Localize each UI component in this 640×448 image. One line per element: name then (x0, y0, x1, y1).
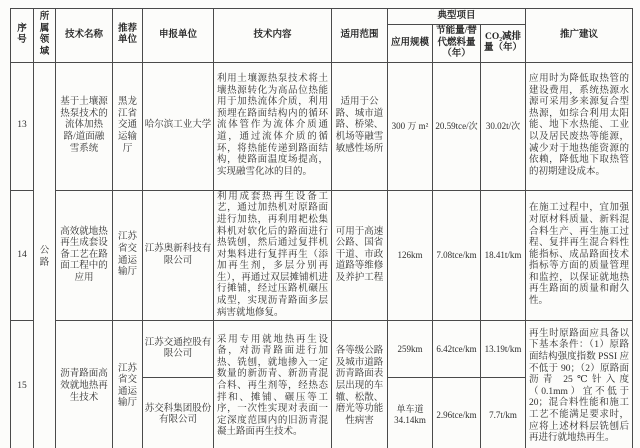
cell-suggestion-15: 再生时原路面应具备以下基本条件：（1）原路面结构强度指数 PSSI 应不低于 9… (526, 321, 633, 448)
header-recommender: 推荐单位 (113, 9, 143, 63)
cell-scope-13: 适用于公路、城市道路、桥梁、机场等融雪敏感性场所 (332, 62, 388, 190)
cell-scale-14: 126km (388, 190, 433, 321)
table-row-13: 13 公路 基于土壤源热泵技术的流体加热路/道面融雪系统 黑龙江省交通运输厅 哈… (11, 62, 633, 190)
header-co2-reduction: CO₂减排量（年） (481, 25, 526, 63)
cell-recommender-14: 江苏省交通运输厅 (113, 190, 143, 321)
cell-tech-name-13: 基于土壤源热泵技术的流体加热路/道面融雪系统 (56, 62, 113, 190)
cell-applicant-15-1: 江苏交通控股有限公司 (143, 321, 214, 378)
cell-applicant-13: 哈尔滨工业大学 (143, 62, 214, 190)
header-energy-saving: 节能量/替代燃料量（年） (433, 25, 481, 63)
cell-serial-13: 13 (11, 62, 34, 190)
cell-energy-13: 20.59tce/次 (433, 62, 481, 190)
cell-content-13: 利用土壤源热泵技术将土壤热源转化为高品位热能用于加热流体介质，利用预埋在路面结构… (214, 62, 332, 190)
cell-suggestion-14: 在施工过程中，宜加强对原材料质量、新料混合料生产、再生施工过程、复拌再生混合料性… (526, 190, 633, 321)
cell-recommender-13: 黑龙江省交通运输厅 (113, 62, 143, 190)
cell-co2-13: 30.02t/次 (481, 62, 526, 190)
cell-content-14: 利用成套热再生设备工艺，通过加热机对原路面进行加热，再利用耙松集料机对软化后的路… (214, 190, 332, 321)
cell-scope-14: 可用于高速公路、国省干道、市政道路等维修及养护工程 (332, 190, 388, 321)
cell-content-15: 采用专用就地热再生设备，对沥青路面进行加热、铣刨，就地掺入一定数量的新沥青、新沥… (214, 321, 332, 448)
cell-recommender-15: 江苏省交通运输厅 (113, 321, 143, 448)
cell-co2-15-2: 7.7t/km (481, 378, 526, 448)
cell-field-highway: 公路 (34, 62, 56, 448)
cell-applicant-14: 江苏奥新科技有限公司 (143, 190, 214, 321)
cell-tech-name-15: 沥青路面高效就地热再生技术 (56, 321, 113, 448)
header-typical-project: 典型项目 (388, 9, 526, 25)
cell-serial-15: 15 (11, 321, 34, 448)
cell-co2-14: 18.41t/km (481, 190, 526, 321)
cell-energy-14: 7.08tce/km (433, 190, 481, 321)
cell-scale-13: 300 万 m² (388, 62, 433, 190)
cell-serial-14: 14 (11, 190, 34, 321)
cell-suggestion-13: 应用时为降低取热管的建设费用，系统热源水源可采用多来源复合型热源，如综合利用太阳… (526, 62, 633, 190)
cell-scope-15: 各等级公路及城市道路沥青路面表层出现的车辙、松散、磨光等功能性病害 (332, 321, 388, 448)
header-field: 所属领域 (34, 9, 56, 63)
cell-co2-15-1: 13.19t/km (481, 321, 526, 378)
cell-tech-name-14: 高效就地热再生成套设备工艺在路面工程中的应用 (56, 190, 113, 321)
cell-energy-15-2: 2.96tce/km (433, 378, 481, 448)
header-tech-name: 技术名称 (56, 9, 113, 63)
technology-promotion-table: 序号 所属领域 技术名称 推荐单位 申报单位 技术内容 适用范围 典型项目 推广… (10, 8, 633, 448)
table-row-15-sub1: 15 沥青路面高效就地热再生技术 江苏省交通运输厅 江苏交通控股有限公司 采用专… (11, 321, 633, 378)
table-row-14: 14 高效就地热再生成套设备工艺在路面工程中的应用 江苏省交通运输厅 江苏奥新科… (11, 190, 633, 321)
cell-scale-15-1: 259km (388, 321, 433, 378)
cell-applicant-15-2: 苏交科集团股份有限公司 (143, 378, 214, 448)
header-applicant: 申报单位 (143, 9, 214, 63)
header-serial: 序号 (11, 9, 34, 63)
header-content: 技术内容 (214, 9, 332, 63)
header-scope: 适用范围 (332, 9, 388, 63)
cell-scale-15-2: 单车道34.14km (388, 378, 433, 448)
cell-energy-15-1: 6.42tce/km (433, 321, 481, 378)
header-suggestion: 推广建议 (526, 9, 633, 63)
document-page: 序号 所属领域 技术名称 推荐单位 申报单位 技术内容 适用范围 典型项目 推广… (0, 0, 640, 448)
header-scale: 应用规模 (388, 25, 433, 63)
